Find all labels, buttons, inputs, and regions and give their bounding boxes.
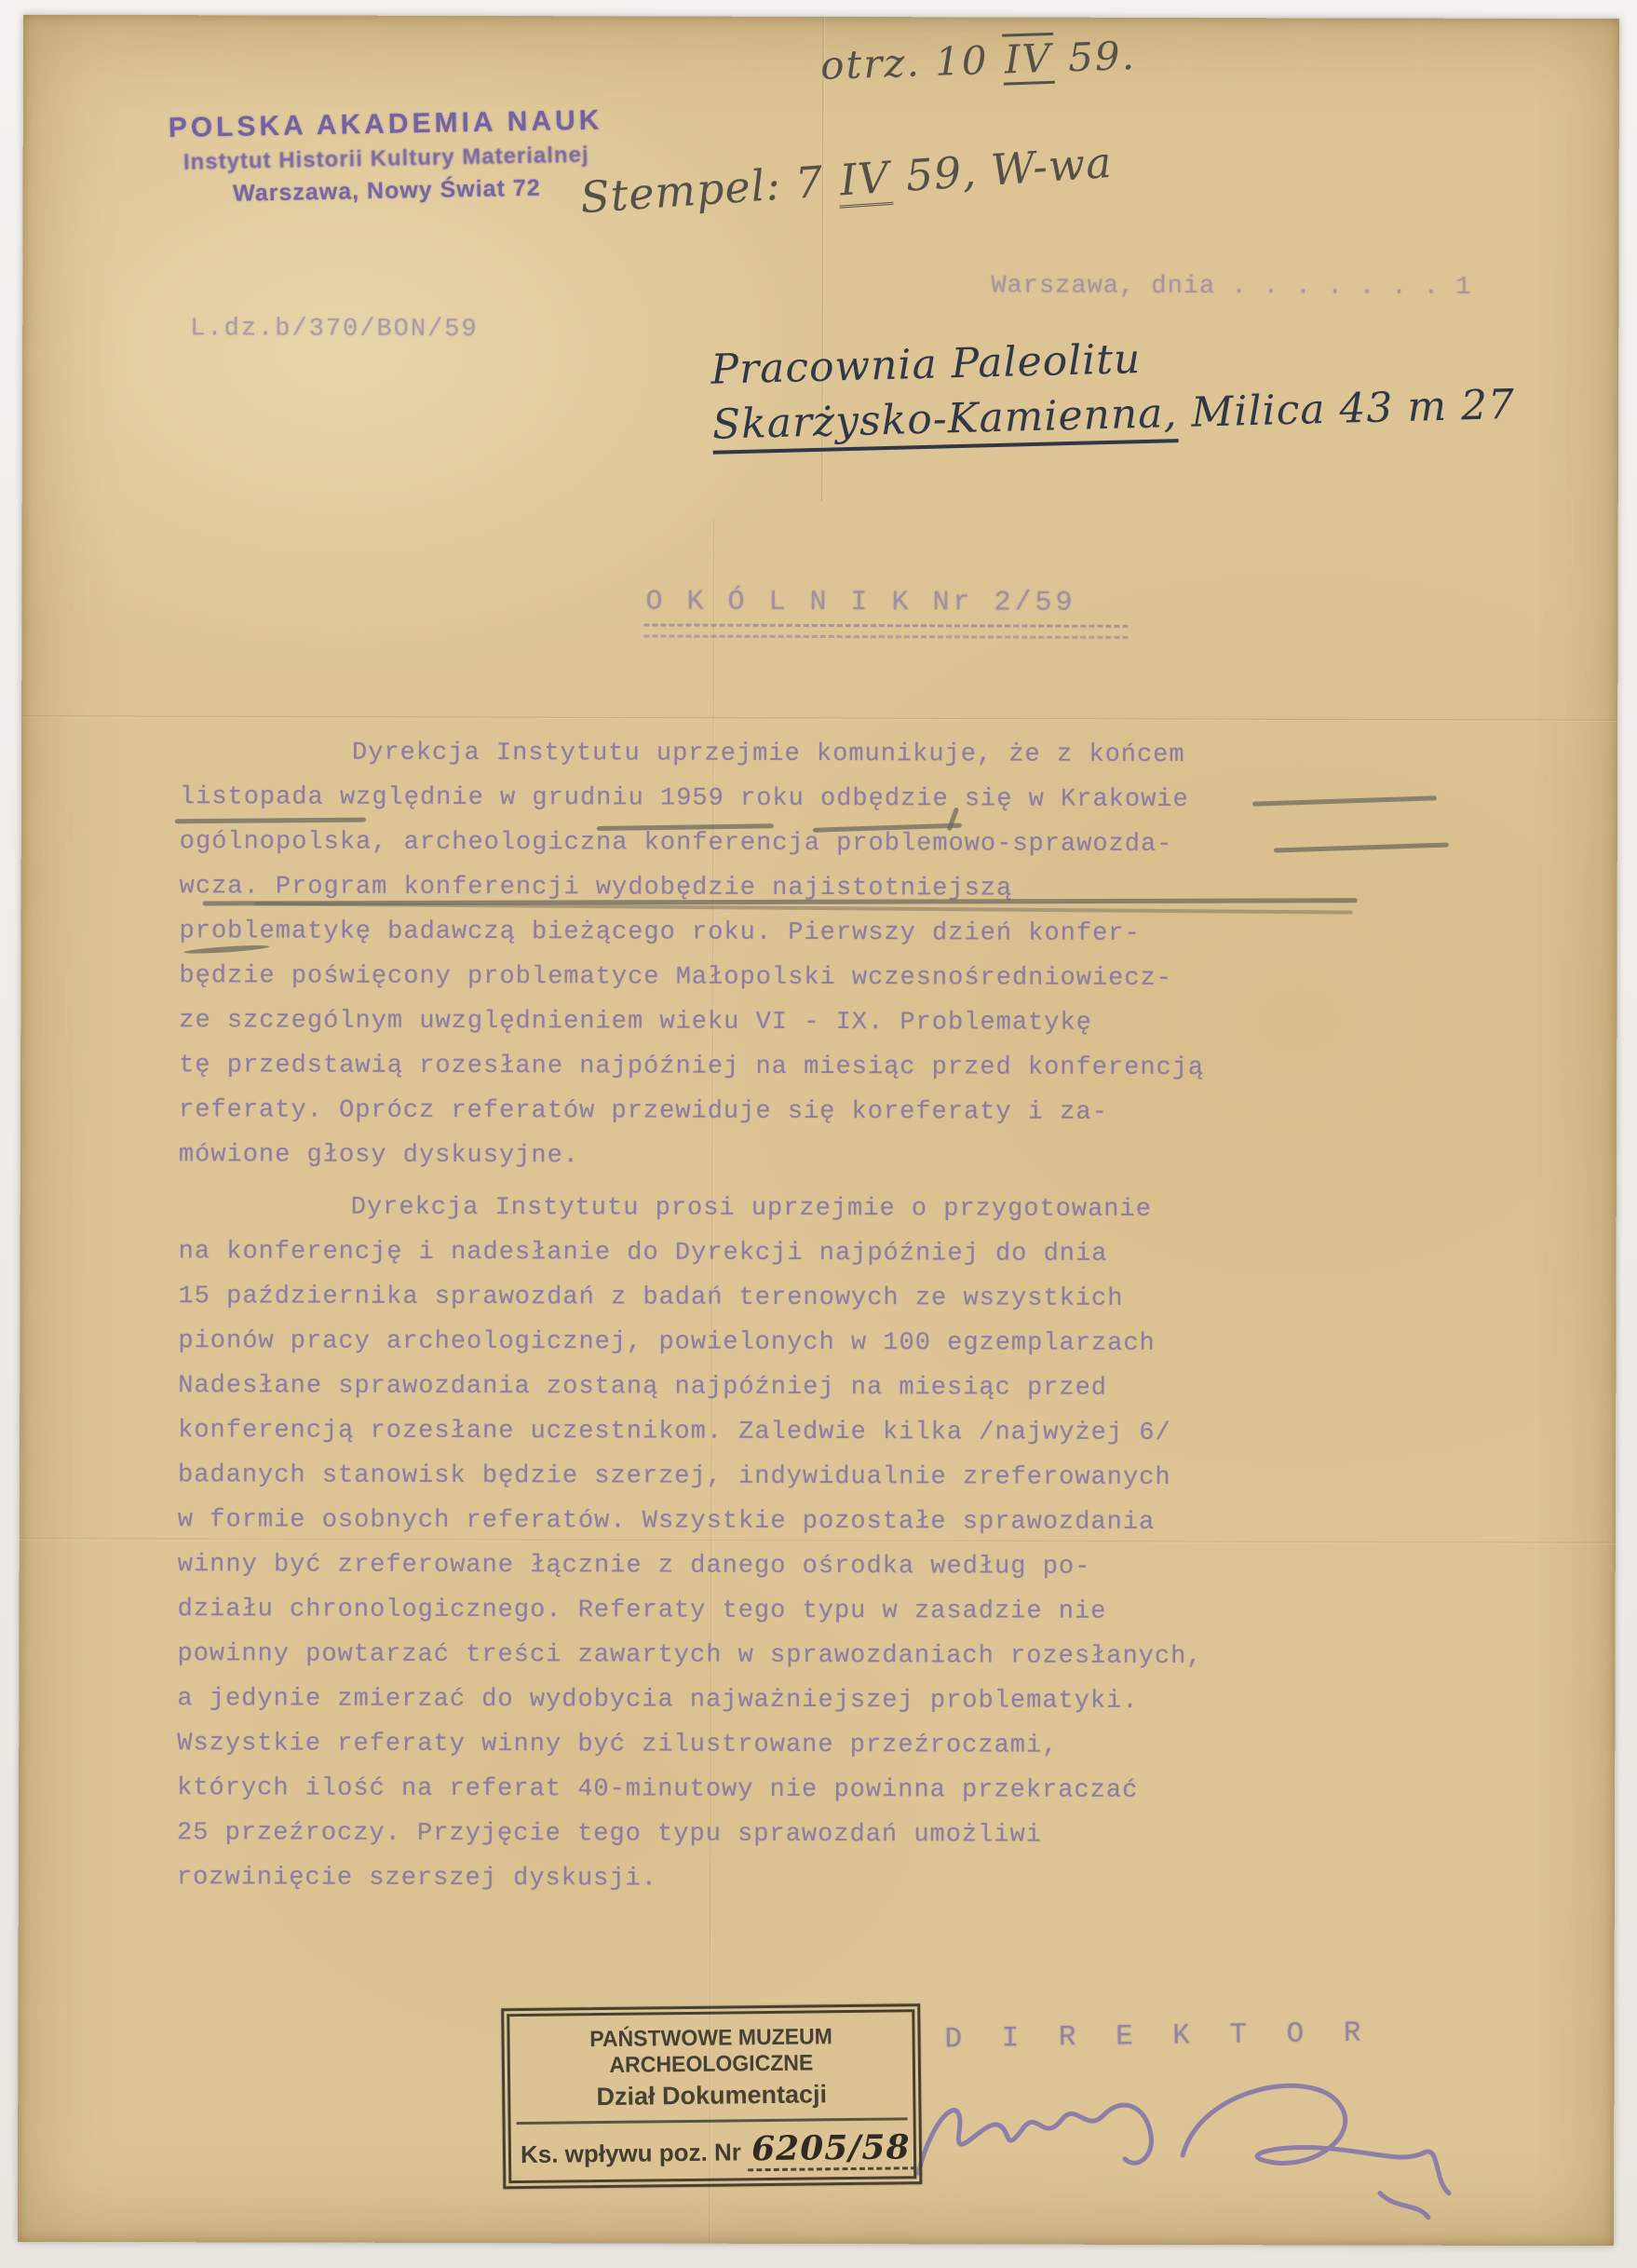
body-line: będzie poświęcony problematyce Małopolsk… <box>179 954 1548 1002</box>
body-line: których ilość na referat 40-minutowy nie… <box>177 1766 1546 1814</box>
received-note-roman-numeral: IV <box>1002 33 1055 86</box>
body-line: pionów pracy archeologicznej, powielonyc… <box>178 1319 1547 1367</box>
body-line: referaty. Oprócz referatów przewiduje si… <box>179 1088 1548 1136</box>
body-line: mówione głosy dyskusyjne. <box>179 1133 1548 1181</box>
title-underline <box>643 624 1128 628</box>
stamp-register-number: 6205/58 <box>748 2127 916 2171</box>
body-line: w formie osobnych referatów. Wszystkie p… <box>178 1498 1547 1546</box>
body-line: 15 października sprawozdań z badań teren… <box>178 1274 1547 1323</box>
stempel-note-roman-numeral: IV <box>836 152 893 209</box>
document-title: O K Ó L N I K Nr 2/59 <box>645 587 1076 619</box>
body-line: Dyrekcja Instytutu prosi uprzejmie o prz… <box>179 1185 1548 1233</box>
received-date-note: otrz. 10 IV 59. <box>819 33 1136 88</box>
recipient-city-line: Skarżysko-Kamienna, Milica 43 m 27 <box>711 381 1515 449</box>
body-line: powinny powtarzać treści zawartych w spr… <box>177 1632 1546 1680</box>
body-line: problematykę badawczą bieżącego roku. Pi… <box>179 909 1548 957</box>
body-line: tę przedstawią rozesłane najpóźniej na m… <box>179 1043 1548 1092</box>
body-line: Wszystkie referaty winny być zilustrowan… <box>177 1721 1546 1770</box>
recipient-address: Pracownia Paleolitu Skarżysko-Kamienna, … <box>710 326 1516 449</box>
body-line: 25 przeźroczy. Przyjęcie tego typu spraw… <box>177 1811 1546 1859</box>
letterhead-institution: POLSKA AKADEMIA NAUK <box>88 103 684 146</box>
body-line: ze szczególnym uwzględnieniem wieku VI -… <box>179 998 1548 1047</box>
body-line: na konferencję i nadesłanie do Dyrekcji … <box>179 1229 1548 1278</box>
body-line: konferencją rozesłane uczestnikom. Zaled… <box>178 1408 1547 1457</box>
stamp-divider <box>517 2117 908 2125</box>
received-note-year: 59. <box>1053 33 1137 81</box>
stamp-register-label: Ks. wpływu poz. Nr <box>521 2138 741 2168</box>
recipient-street: Milica 43 m 27 <box>1177 381 1516 437</box>
body-line: winny być zreferowane łącznie z danego o… <box>178 1542 1547 1591</box>
stempel-note-place: 59, W-wa <box>889 137 1114 202</box>
museum-receipt-stamp: PAŃSTWOWE MUZEUM ARCHEOLOGICZNE Dział Do… <box>501 2003 922 2189</box>
recipient-city: Skarżysko-Kamienna, <box>711 389 1178 455</box>
paper-sheet: otrz. 10 IV 59. POLSKA AKADEMIA NAUK Ins… <box>18 15 1619 2246</box>
body-line: działu chronologicznego. Referaty tego t… <box>178 1587 1547 1636</box>
director-label: D I R E K T O R <box>944 2017 1373 2057</box>
stamp-register-line: Ks. wpływu poz. Nr 6205/58 <box>521 2127 904 2171</box>
reference-number: L.dz.b/370/BON/59 <box>190 315 479 344</box>
title-underline-2 <box>643 635 1128 639</box>
stamp-museum-name: PAŃSTWOWE MUZEUM ARCHEOLOGICZNE <box>527 2023 896 2079</box>
director-signature <box>907 2061 1466 2235</box>
signature-ink-icon <box>907 2061 1466 2231</box>
stamp-department: Dział Dokumentacji <box>520 2079 903 2112</box>
body-line: badanych stanowisk będzie szerzej, indyw… <box>178 1453 1547 1501</box>
received-note-text: otrz. 10 <box>819 37 1003 88</box>
body-line: rozwinięcie szerszej dyskusji. <box>177 1855 1546 1904</box>
dateline: Warszawa, dnia . . . . . . . 1 <box>991 272 1471 301</box>
fold-crease-horizontal-upper <box>21 715 1617 722</box>
body-line: a jedynie zmierzać do wydobycia najważni… <box>177 1677 1546 1725</box>
scanned-document: otrz. 10 IV 59. POLSKA AKADEMIA NAUK Ins… <box>0 0 1637 2268</box>
body-line: Dyrekcja Instytutu uprzejmie komunikuje,… <box>180 730 1549 779</box>
body-line: Nadesłane sprawozdania zostaną najpóźnie… <box>178 1364 1547 1412</box>
body-paragraph-2: Dyrekcja Instytutu prosi uprzejmie o prz… <box>177 1185 1548 1904</box>
